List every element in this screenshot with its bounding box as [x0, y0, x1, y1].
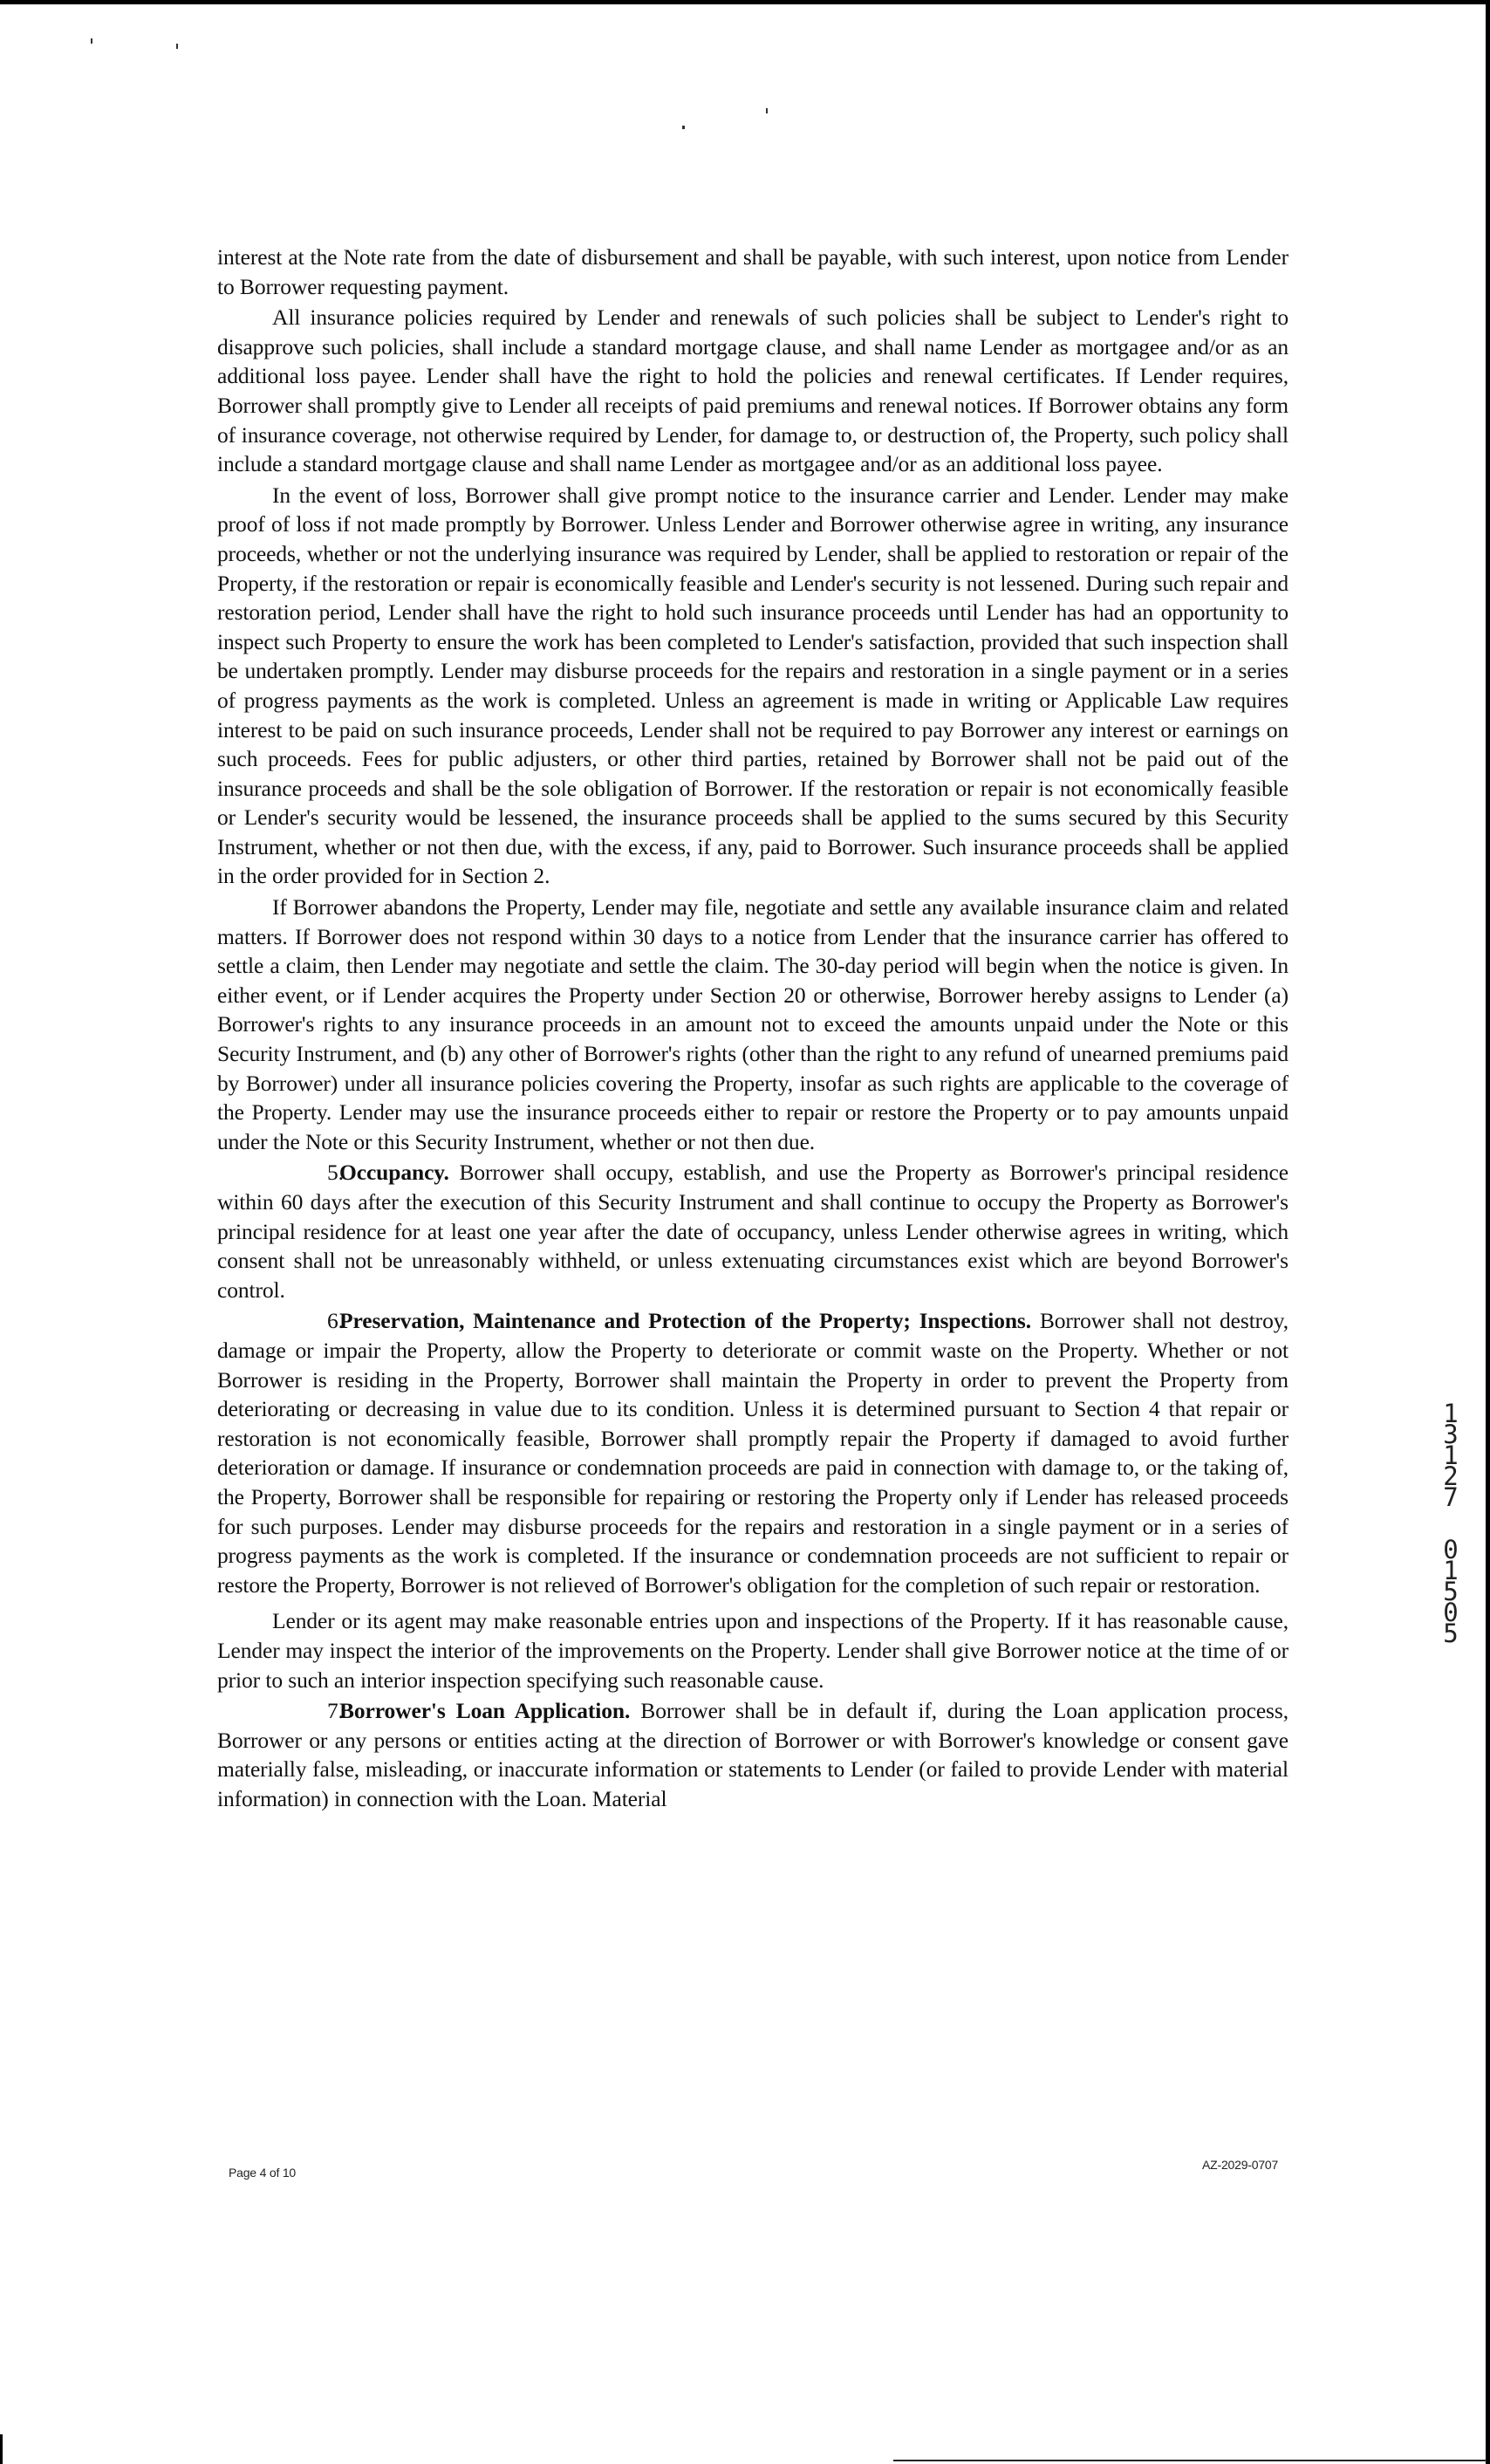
section-7-loan-application: 7.Borrower's Loan Application. Borrower … [217, 1696, 1288, 1813]
section-6-inspections: Lender or its agent may make reasonable … [217, 1606, 1288, 1694]
section-5-occupancy: 5.Occupancy. Borrower shall occupy, esta… [217, 1158, 1288, 1304]
scan-speck [176, 44, 178, 49]
section-text: Borrower shall not destroy, damage or im… [217, 1308, 1288, 1597]
scan-left-edge [0, 2434, 3, 2464]
stamp-digit: 5 [1438, 1623, 1464, 1644]
scan-speck [682, 126, 685, 129]
scan-bottom-rule [893, 2460, 1487, 2461]
paragraph-continuation: interest at the Note rate from the date … [217, 243, 1288, 301]
paragraph-abandonment: If Borrower abandons the Property, Lende… [217, 893, 1288, 1156]
section-heading: Occupancy. [339, 1160, 449, 1185]
form-code: AZ-2029-0707 [1202, 2158, 1278, 2172]
section-number: 7. [272, 1696, 339, 1726]
section-heading: Preservation, Maintenance and Protection… [339, 1308, 1031, 1333]
recording-stamp: 1 3 1 2 7 0 1 5 0 5 [1438, 1403, 1464, 1644]
section-number: 6. [272, 1306, 339, 1336]
section-6-preservation: 6.Preservation, Maintenance and Protecti… [217, 1306, 1288, 1599]
scan-right-border [1486, 0, 1490, 2464]
stamp-digit: 7 [1438, 1487, 1464, 1508]
scan-top-border [0, 0, 1490, 4]
scan-speck [91, 38, 92, 44]
section-heading: Borrower's Loan Application. [339, 1698, 630, 1723]
page-number: Page 4 of 10 [229, 2166, 296, 2180]
section-number: 5. [272, 1158, 339, 1188]
paragraph-insurance-policies: All insurance policies required by Lende… [217, 303, 1288, 479]
paragraph-event-of-loss: In the event of loss, Borrower shall giv… [217, 481, 1288, 891]
scan-speck [766, 108, 768, 113]
document-body: interest at the Note rate from the date … [217, 243, 1288, 1813]
